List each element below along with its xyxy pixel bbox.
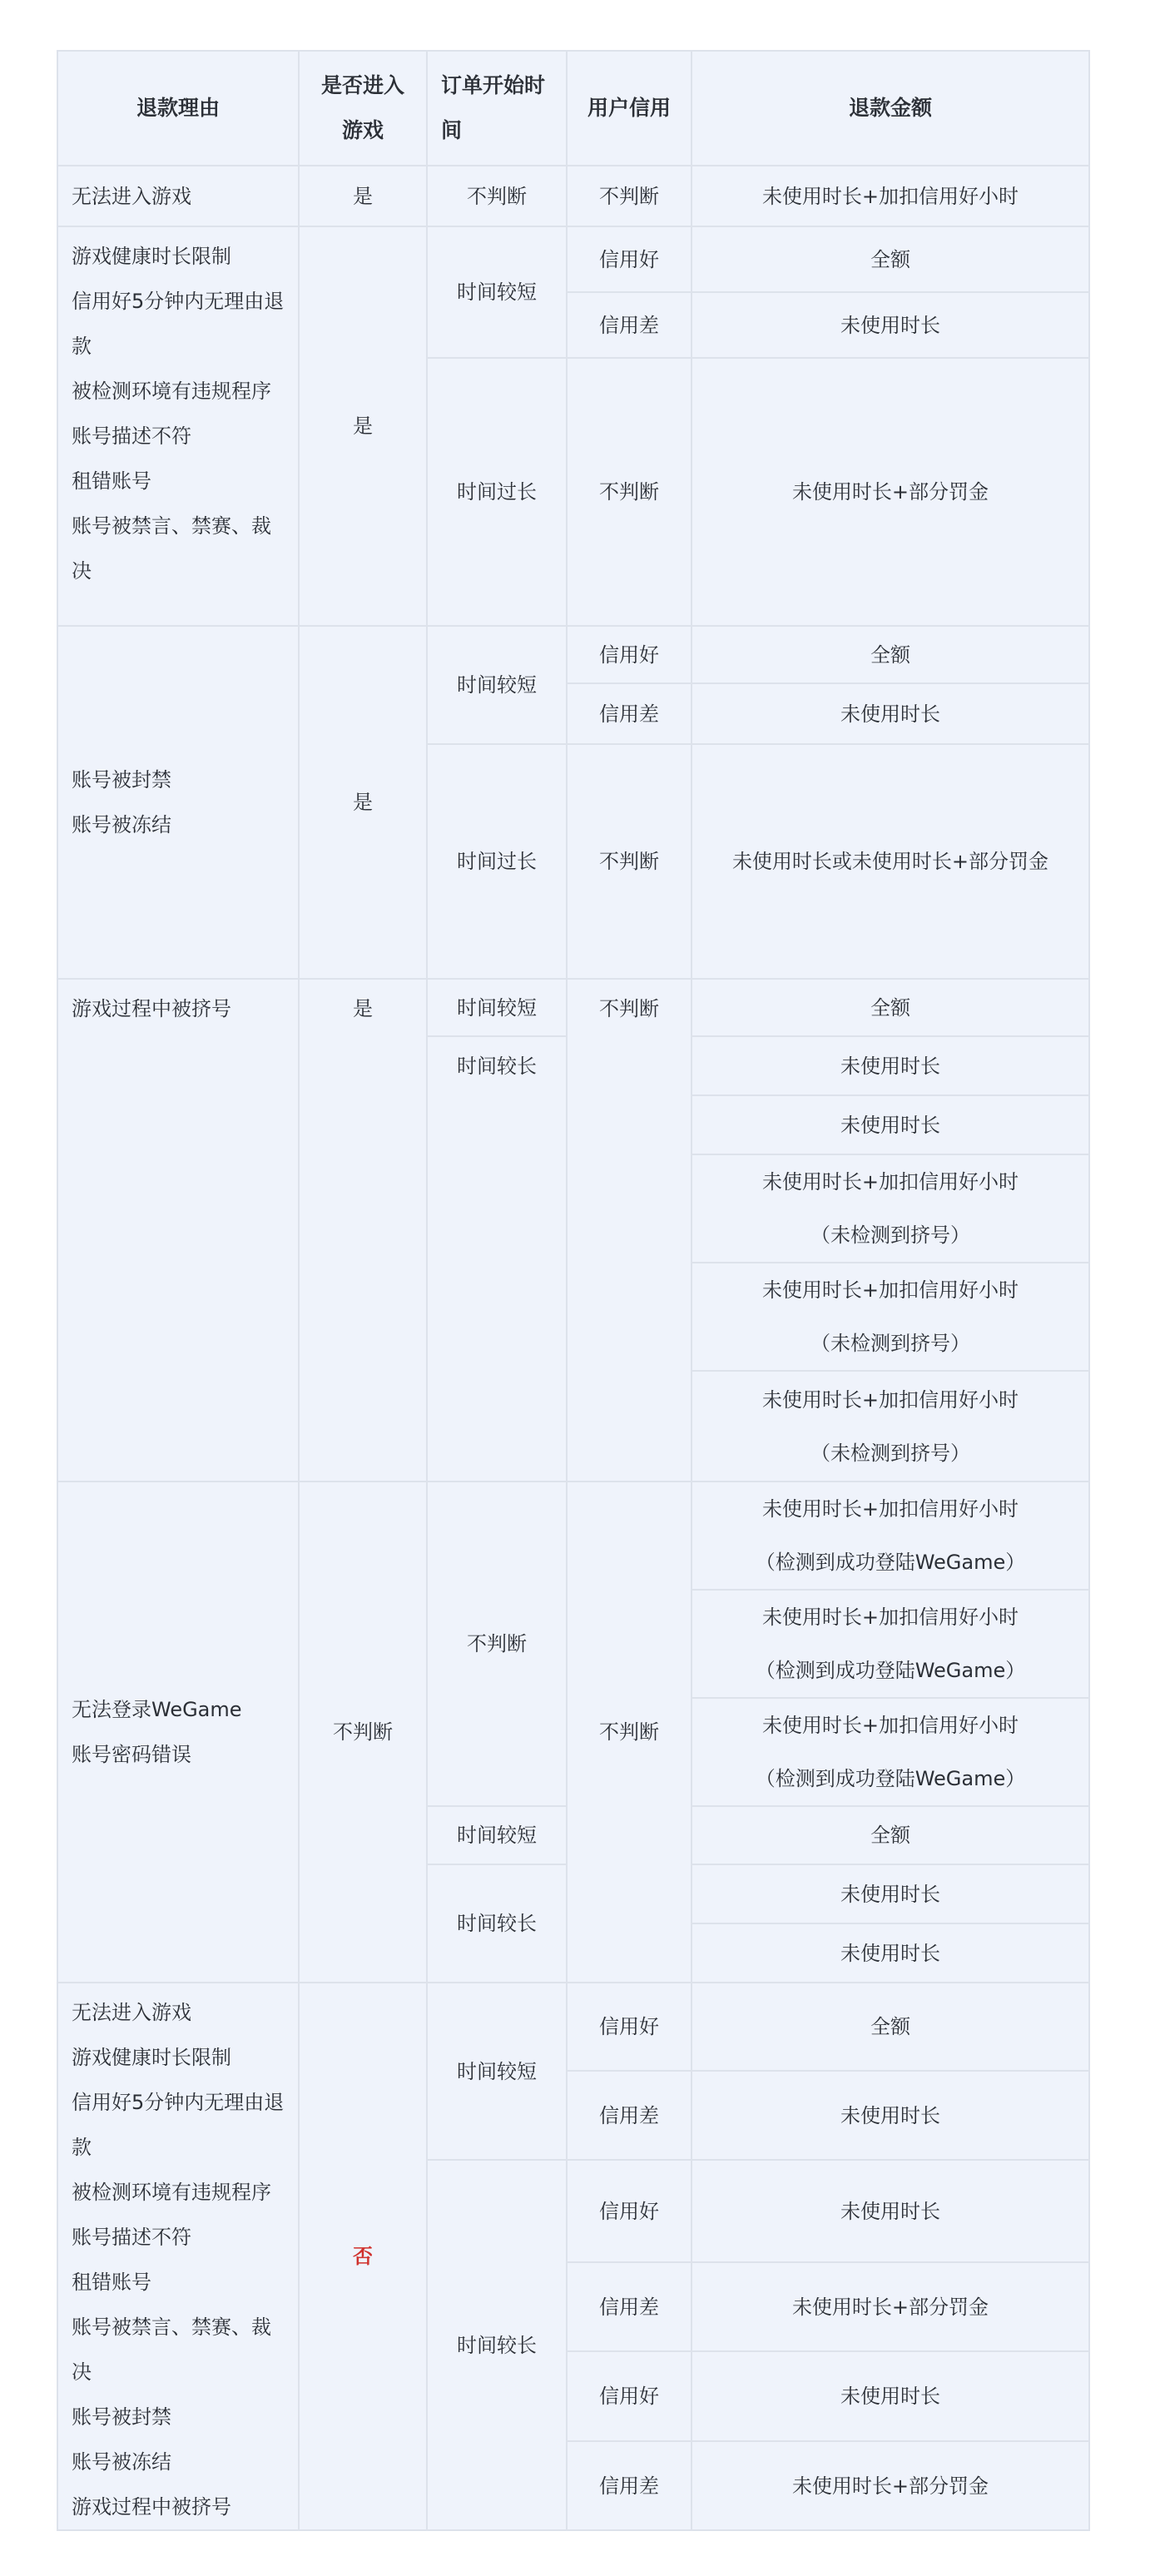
entered-game-cell-no: 否 xyxy=(299,1983,427,2530)
amount-cell: 未使用时长 xyxy=(692,1095,1089,1154)
table-row: 游戏过程中被挤号 是 时间较短 不判断 全额 xyxy=(57,979,1089,1036)
amount-note: （未检测到挤号） xyxy=(706,1317,1075,1370)
amount-cell: 未使用时长+加扣信用好小时 （检测到成功登陆WeGame） xyxy=(692,1482,1089,1590)
start-time-cell: 时间较短 xyxy=(427,1806,567,1864)
credit-cell: 信用差 xyxy=(567,683,692,744)
amount-line: 未使用时长+加扣信用好小时 xyxy=(706,1373,1075,1427)
start-time-cell: 时间较短 xyxy=(427,1983,567,2160)
reason-item: 账号被封禁 xyxy=(72,757,285,802)
amount-cell: 未使用时长 xyxy=(692,1036,1089,1095)
reason-item: 账号描述不符 xyxy=(72,2215,285,2260)
reason-item: 账号被禁言、禁赛、裁决 xyxy=(72,2305,285,2395)
header-user-credit: 用户信用 xyxy=(567,51,692,166)
reason-item: 游戏健康时长限制 xyxy=(72,2035,285,2080)
credit-cell: 不判断 xyxy=(567,166,692,226)
start-time-cell: 不判断 xyxy=(427,166,567,226)
amount-cell: 未使用时长+加扣信用好小时 （检测到成功登陆WeGame） xyxy=(692,1590,1089,1698)
reason-item: 信用好5分钟内无理由退款 xyxy=(72,2080,285,2170)
amount-cell: 未使用时长 xyxy=(692,683,1089,744)
reason-item: 租错账号 xyxy=(72,2260,285,2305)
reason-item: 账号被禁言、禁赛、裁决 xyxy=(72,504,285,593)
table-row: 游戏健康时长限制 信用好5分钟内无理由退款 被检测环境有违规程序 账号描述不符 … xyxy=(57,226,1089,292)
entered-game-cell: 是 xyxy=(299,166,427,226)
amount-cell: 未使用时长+加扣信用好小时 （检测到成功登陆WeGame） xyxy=(692,1698,1089,1806)
start-time-cell: 时间较长 xyxy=(427,1864,567,1983)
start-time-cell: 不判断 xyxy=(427,1482,567,1806)
amount-cell: 未使用时长+加扣信用好小时 （未检测到挤号） xyxy=(692,1371,1089,1482)
reason-item: 游戏健康时长限制 xyxy=(72,234,285,279)
reason-item: 账号被冻结 xyxy=(72,2440,285,2484)
amount-cell: 未使用时长 xyxy=(692,292,1089,358)
amount-cell: 未使用时长+部分罚金 xyxy=(692,2262,1089,2351)
credit-cell: 信用好 xyxy=(567,2351,692,2441)
credit-cell: 信用好 xyxy=(567,2160,692,2262)
amount-cell: 未使用时长+加扣信用好小时 xyxy=(692,166,1089,226)
credit-cell: 不判断 xyxy=(567,744,692,979)
table-row: 无法登录WeGame 账号密码错误 不判断 不判断 不判断 未使用时长+加扣信用… xyxy=(57,1482,1089,1590)
header-row: 退款理由 是否进入游戏 订单开始时间 用户信用 退款金额 xyxy=(57,51,1089,166)
refund-reason-cell: 游戏过程中被挤号 xyxy=(57,979,299,1482)
credit-cell: 不判断 xyxy=(567,358,692,626)
start-time-cell: 时间较长 xyxy=(427,2160,567,2530)
amount-line: 未使用时长+加扣信用好小时 xyxy=(706,1591,1075,1644)
amount-line: 未使用时长+加扣信用好小时 xyxy=(706,1155,1075,1209)
refund-reason-cell: 账号被封禁 账号被冻结 xyxy=(57,626,299,979)
entered-game-cell: 不判断 xyxy=(299,1482,427,1983)
reason-item: 无法进入游戏 xyxy=(72,1990,285,2035)
reason-item: 被检测环境有违规程序 xyxy=(72,369,285,414)
header-refund-amount: 退款金额 xyxy=(692,51,1089,166)
entered-game-cell: 是 xyxy=(299,226,427,626)
credit-cell: 信用好 xyxy=(567,626,692,683)
amount-note: （未检测到挤号） xyxy=(706,1209,1075,1262)
reason-item: 租错账号 xyxy=(72,459,285,504)
amount-line: 未使用时长+加扣信用好小时 xyxy=(706,1699,1075,1752)
header-entered-game: 是否进入游戏 xyxy=(299,51,427,166)
reason-item: 账号描述不符 xyxy=(72,414,285,459)
amount-line: 未使用时长+加扣信用好小时 xyxy=(706,1482,1075,1536)
amount-cell: 未使用时长+加扣信用好小时 （未检测到挤号） xyxy=(692,1263,1089,1371)
reason-item: 游戏过程中被挤号 xyxy=(72,2484,285,2529)
amount-cell: 未使用时长 xyxy=(692,2071,1089,2160)
entered-game-cell: 是 xyxy=(299,979,427,1482)
refund-reason-cell: 无法进入游戏 游戏健康时长限制 信用好5分钟内无理由退款 被检测环境有违规程序 … xyxy=(57,1983,299,2530)
amount-note: （检测到成功登陆WeGame） xyxy=(706,1536,1075,1589)
amount-cell: 全额 xyxy=(692,979,1089,1036)
reason-item: 被检测环境有违规程序 xyxy=(72,2170,285,2215)
amount-cell: 未使用时长或未使用时长+部分罚金 xyxy=(692,744,1089,979)
refund-reason-cell: 游戏健康时长限制 信用好5分钟内无理由退款 被检测环境有违规程序 账号描述不符 … xyxy=(57,226,299,626)
credit-cell: 信用差 xyxy=(567,2262,692,2351)
amount-note: （未检测到挤号） xyxy=(706,1427,1075,1480)
start-time-cell: 时间过长 xyxy=(427,744,567,979)
reason-item: 账号被封禁 xyxy=(72,2395,285,2440)
credit-cell: 信用差 xyxy=(567,292,692,358)
start-time-cell: 时间较短 xyxy=(427,226,567,358)
credit-cell: 不判断 xyxy=(567,979,692,1482)
table-row: 账号被封禁 账号被冻结 是 时间较短 信用好 全额 xyxy=(57,626,1089,683)
header-order-start-time: 订单开始时间 xyxy=(427,51,567,166)
refund-reason-cell: 无法进入游戏 xyxy=(57,166,299,226)
amount-line: 未使用时长+加扣信用好小时 xyxy=(706,1263,1075,1317)
credit-cell: 信用差 xyxy=(567,2071,692,2160)
amount-cell: 全额 xyxy=(692,226,1089,292)
credit-cell: 信用好 xyxy=(567,1983,692,2071)
credit-cell: 信用差 xyxy=(567,2441,692,2530)
table-row: 无法进入游戏 是 不判断 不判断 未使用时长+加扣信用好小时 xyxy=(57,166,1089,226)
credit-cell: 不判断 xyxy=(567,1482,692,1983)
amount-cell: 未使用时长 xyxy=(692,1923,1089,1983)
refund-rules-table: 退款理由 是否进入游戏 订单开始时间 用户信用 退款金额 无法进入游戏 是 不判… xyxy=(57,50,1090,2531)
amount-cell: 未使用时长+部分罚金 xyxy=(692,2441,1089,2530)
refund-reason-cell: 无法登录WeGame 账号密码错误 xyxy=(57,1482,299,1983)
amount-cell: 全额 xyxy=(692,1983,1089,2071)
amount-note: （检测到成功登陆WeGame） xyxy=(706,1644,1075,1697)
entered-game-cell: 是 xyxy=(299,626,427,979)
reason-item: 无法登录WeGame xyxy=(72,1687,285,1732)
amount-cell: 未使用时长 xyxy=(692,2351,1089,2441)
refund-rules-table-container: 退款理由 是否进入游戏 订单开始时间 用户信用 退款金额 无法进入游戏 是 不判… xyxy=(57,50,1088,2531)
start-time-cell: 时间过长 xyxy=(427,358,567,626)
amount-cell: 全额 xyxy=(692,1806,1089,1864)
amount-cell: 未使用时长+加扣信用好小时 （未检测到挤号） xyxy=(692,1154,1089,1263)
amount-cell: 全额 xyxy=(692,626,1089,683)
start-time-cell: 时间较短 xyxy=(427,979,567,1036)
reason-item: 账号密码错误 xyxy=(72,1732,285,1777)
table-row: 无法进入游戏 游戏健康时长限制 信用好5分钟内无理由退款 被检测环境有违规程序 … xyxy=(57,1983,1089,2071)
start-time-cell: 时间较长 xyxy=(427,1036,567,1482)
reason-item: 信用好5分钟内无理由退款 xyxy=(72,279,285,369)
amount-cell: 未使用时长+部分罚金 xyxy=(692,358,1089,626)
amount-note: （检测到成功登陆WeGame） xyxy=(706,1752,1075,1805)
start-time-cell: 时间较短 xyxy=(427,626,567,744)
reason-item: 账号被冻结 xyxy=(72,802,285,847)
amount-cell: 未使用时长 xyxy=(692,1864,1089,1923)
amount-cell: 未使用时长 xyxy=(692,2160,1089,2262)
header-refund-reason: 退款理由 xyxy=(57,51,299,166)
credit-cell: 信用好 xyxy=(567,226,692,292)
